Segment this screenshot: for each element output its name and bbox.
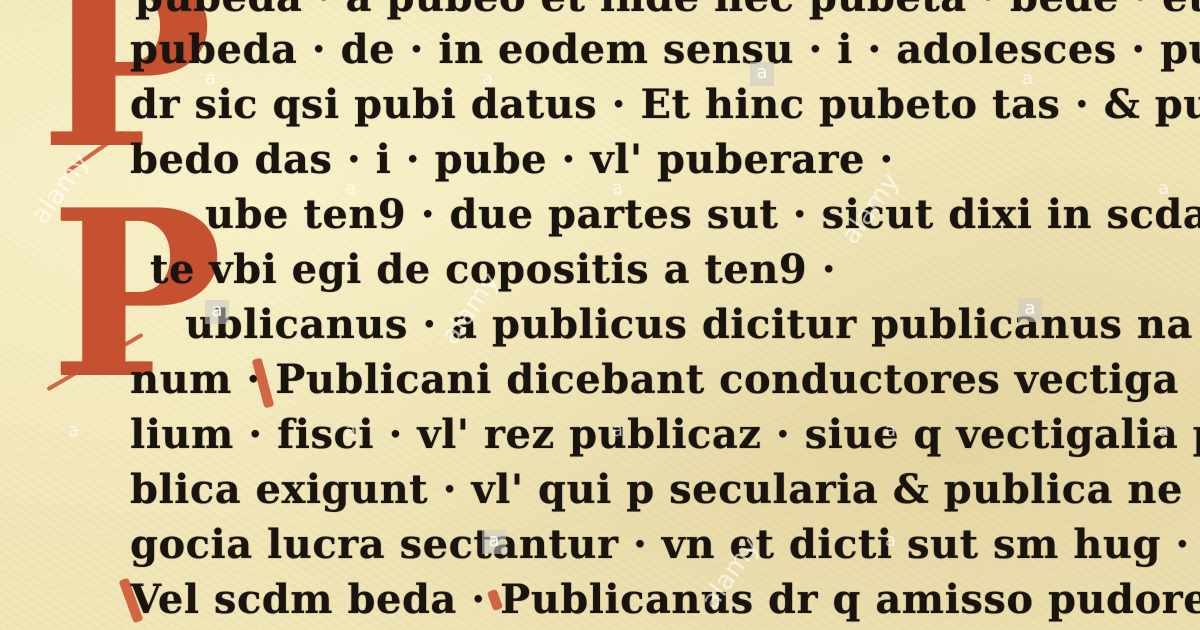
text-line-12: Vel scdm beda · Publicanus dr q amisso p… <box>130 580 1200 620</box>
watermark-letter: a <box>1022 68 1033 89</box>
text-line-5: ube ten9 · due partes sut · sicut dixi i… <box>205 195 1200 235</box>
watermark-letter: a <box>885 530 896 551</box>
watermark-badge: a <box>482 530 506 554</box>
text-line-9: lium · fisci · vl' rez publicaz · siue q… <box>130 415 1200 455</box>
text-line-1: pubeda · a pubeo et inde nec pubeta · be… <box>135 0 1200 18</box>
watermark-letter: a <box>1158 178 1169 199</box>
watermark-badge: a <box>1018 298 1042 322</box>
watermark-letter: a <box>205 68 216 89</box>
watermark-badge: a <box>750 62 774 86</box>
watermark-letter: a <box>612 178 623 199</box>
watermark-letter: a <box>68 420 79 441</box>
text-line-8: num · Publicani dicebant conductores vec… <box>130 360 1179 400</box>
text-line-2: pubeda · de · in eodem sensu · i · adole… <box>130 30 1200 70</box>
watermark-letter: a <box>885 420 896 441</box>
watermark-letter: a <box>482 68 493 89</box>
text-line-3: dr sic qsi pubi datus · Et hinc pubeto t… <box>130 85 1200 125</box>
text-line-10: blica exigunt · vl' qui p secularia & pu… <box>130 470 1200 510</box>
watermark-letter: a <box>345 420 356 441</box>
watermark-letter: a <box>345 178 356 199</box>
text-line-11: gocia lucra sectantur · vn et dicti sut … <box>130 525 1190 565</box>
watermark-letter: a <box>612 420 623 441</box>
document-page: P P pubeda · a pubeo et inde nec pubeta … <box>0 0 1200 630</box>
watermark-letter: a <box>1158 420 1169 441</box>
text-line-4: bedo das · i · pube · vl' puberare · <box>130 140 894 180</box>
watermark-badge: a <box>205 300 229 324</box>
